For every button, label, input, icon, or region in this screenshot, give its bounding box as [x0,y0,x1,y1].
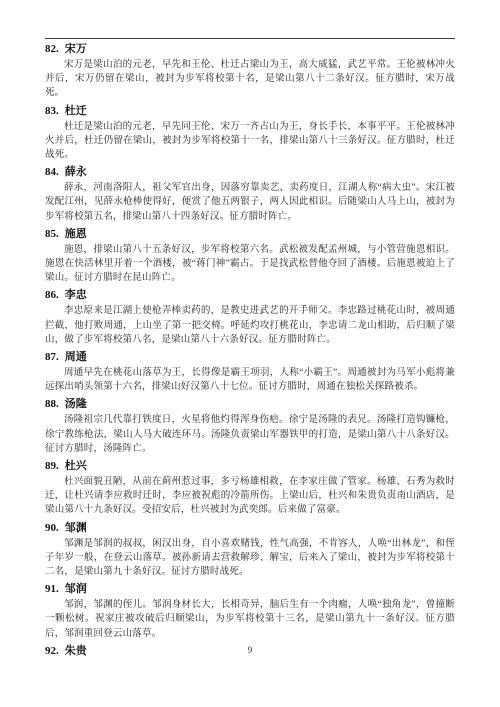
entry-title: 邹润 [65,583,87,595]
entry-number: 91. [45,583,59,595]
entry-heading: 86.李忠 [45,289,455,302]
entry-number: 87. [45,351,59,363]
entry-title: 李忠 [65,289,87,301]
entry-91: 91.邹润 邹润，邹渊的侄儿。邹润身材长大，长相奇异，脑后生有一个肉瘤，人唤“独… [45,583,455,641]
entry-title: 汤隆 [65,398,87,410]
document-page: 82.宋万 宋万是梁山泊的元老，早先和王伦、杜迁占梁山为王，高大威猛，武艺平常。… [0,0,500,707]
entry-90: 90.邹渊 邹渊是邹润的叔叔，闲汉出身，自小喜欢赌钱，性气高强，不肯容人，人唤“… [45,522,455,580]
entry-number: 88. [45,398,59,410]
entry-number: 89. [45,460,59,472]
header-rule [45,38,455,39]
entry-title: 宋万 [65,43,87,55]
entry-number: 86. [45,289,59,301]
entry-heading: 84.薛永 [45,166,455,179]
entry-number: 85. [45,228,59,240]
entry-heading: 90.邹渊 [45,522,455,535]
entry-paragraph: 施恩，排梁山第八十五条好汉，步军将校第六名。武松被发配孟州城，与小管营施恩相识。… [45,243,455,286]
entry-heading: 85.施恩 [45,228,455,241]
entry-87: 87.周通 周通早先在桃花山落草为王，长得像是霸王项羽，人称“小霸王”。周通被封… [45,351,455,394]
entry-paragraph: 邹渊是邹润的叔叔，闲汉出身，自小喜欢赌钱，性气高强，不肯容人，人唤“出林龙”，和… [45,537,455,580]
entry-number: 83. [45,105,59,117]
entry-heading: 82.宋万 [45,43,455,56]
entry-title: 施恩 [65,228,87,240]
entry-list: 82.宋万 宋万是梁山泊的元老，早先和王伦、杜迁占梁山为王，高大威猛，武艺平常。… [45,43,455,658]
entry-paragraph: 周通早先在桃花山落草为王，长得像是霸王项羽，人称“小霸王”。周通被封为马军小彪将… [45,366,455,394]
entry-86: 86.李忠 李忠原来是江湖上使枪弄棒卖药的，是教史进武艺的开手师父。李忠路过桃花… [45,289,455,347]
entry-title: 邹渊 [65,522,87,534]
entry-89: 89.杜兴 杜兴面貌丑陋，从前在蓟州惹过事，多亏杨雄相救，在李家庄做了管家。杨雄… [45,460,455,518]
entry-paragraph: 杜迁是梁山泊的元老，早先同王伦、宋万一齐占山为王，身长手长，本事平平。王伦被林冲… [45,120,455,163]
entry-title: 周通 [65,351,87,363]
entry-paragraph: 薛永，河南洛阳人，祖父军官出身，因落穷靠卖艺、卖药度日，江湖人称“病大虫”。宋江… [45,181,455,224]
entry-paragraph: 汤隆祖宗几代靠打铁度日，火星将他灼得浑身伤疤。徐宁是汤隆的表兄。汤隆打造钩镰枪，… [45,413,455,456]
entry-paragraph: 宋万是梁山泊的元老，早先和王伦、杜迁占梁山为王，高大威猛，武艺平常。王伦被林冲火… [45,58,455,101]
entry-number: 84. [45,166,59,178]
page-number: 9 [0,645,500,655]
entry-number: 90. [45,522,59,534]
entry-paragraph: 邹润，邹渊的侄儿。邹润身材长大，长相奇异，脑后生有一个肉瘤，人唤“独角龙”，曾撞… [45,598,455,641]
entry-84: 84.薛永 薛永，河南洛阳人，祖父军官出身，因落穷靠卖艺、卖药度日，江湖人称“病… [45,166,455,224]
entry-heading: 89.杜兴 [45,460,455,473]
entry-heading: 83.杜迁 [45,105,455,118]
entry-paragraph: 李忠原来是江湖上使枪弄棒卖药的，是教史进武艺的开手师父。李忠路过桃花山时，被周通… [45,304,455,347]
entry-83: 83.杜迁 杜迁是梁山泊的元老，早先同王伦、宋万一齐占山为王，身长手长，本事平平… [45,105,455,163]
entry-title: 薛永 [65,166,87,178]
entry-heading: 91.邹润 [45,583,455,596]
entry-heading: 88.汤隆 [45,398,455,411]
entry-paragraph: 杜兴面貌丑陋，从前在蓟州惹过事，多亏杨雄相救，在李家庄做了管家。杨雄、石秀为救时… [45,475,455,518]
entry-88: 88.汤隆 汤隆祖宗几代靠打铁度日，火星将他灼得浑身伤疤。徐宁是汤隆的表兄。汤隆… [45,398,455,456]
entry-82: 82.宋万 宋万是梁山泊的元老，早先和王伦、杜迁占梁山为王，高大威猛，武艺平常。… [45,43,455,101]
entry-title: 杜兴 [65,460,87,472]
entry-85: 85.施恩 施恩，排梁山第八十五条好汉，步军将校第六名。武松被发配孟州城，与小管… [45,228,455,286]
entry-title: 杜迁 [65,105,87,117]
entry-heading: 87.周通 [45,351,455,364]
entry-number: 82. [45,43,59,55]
